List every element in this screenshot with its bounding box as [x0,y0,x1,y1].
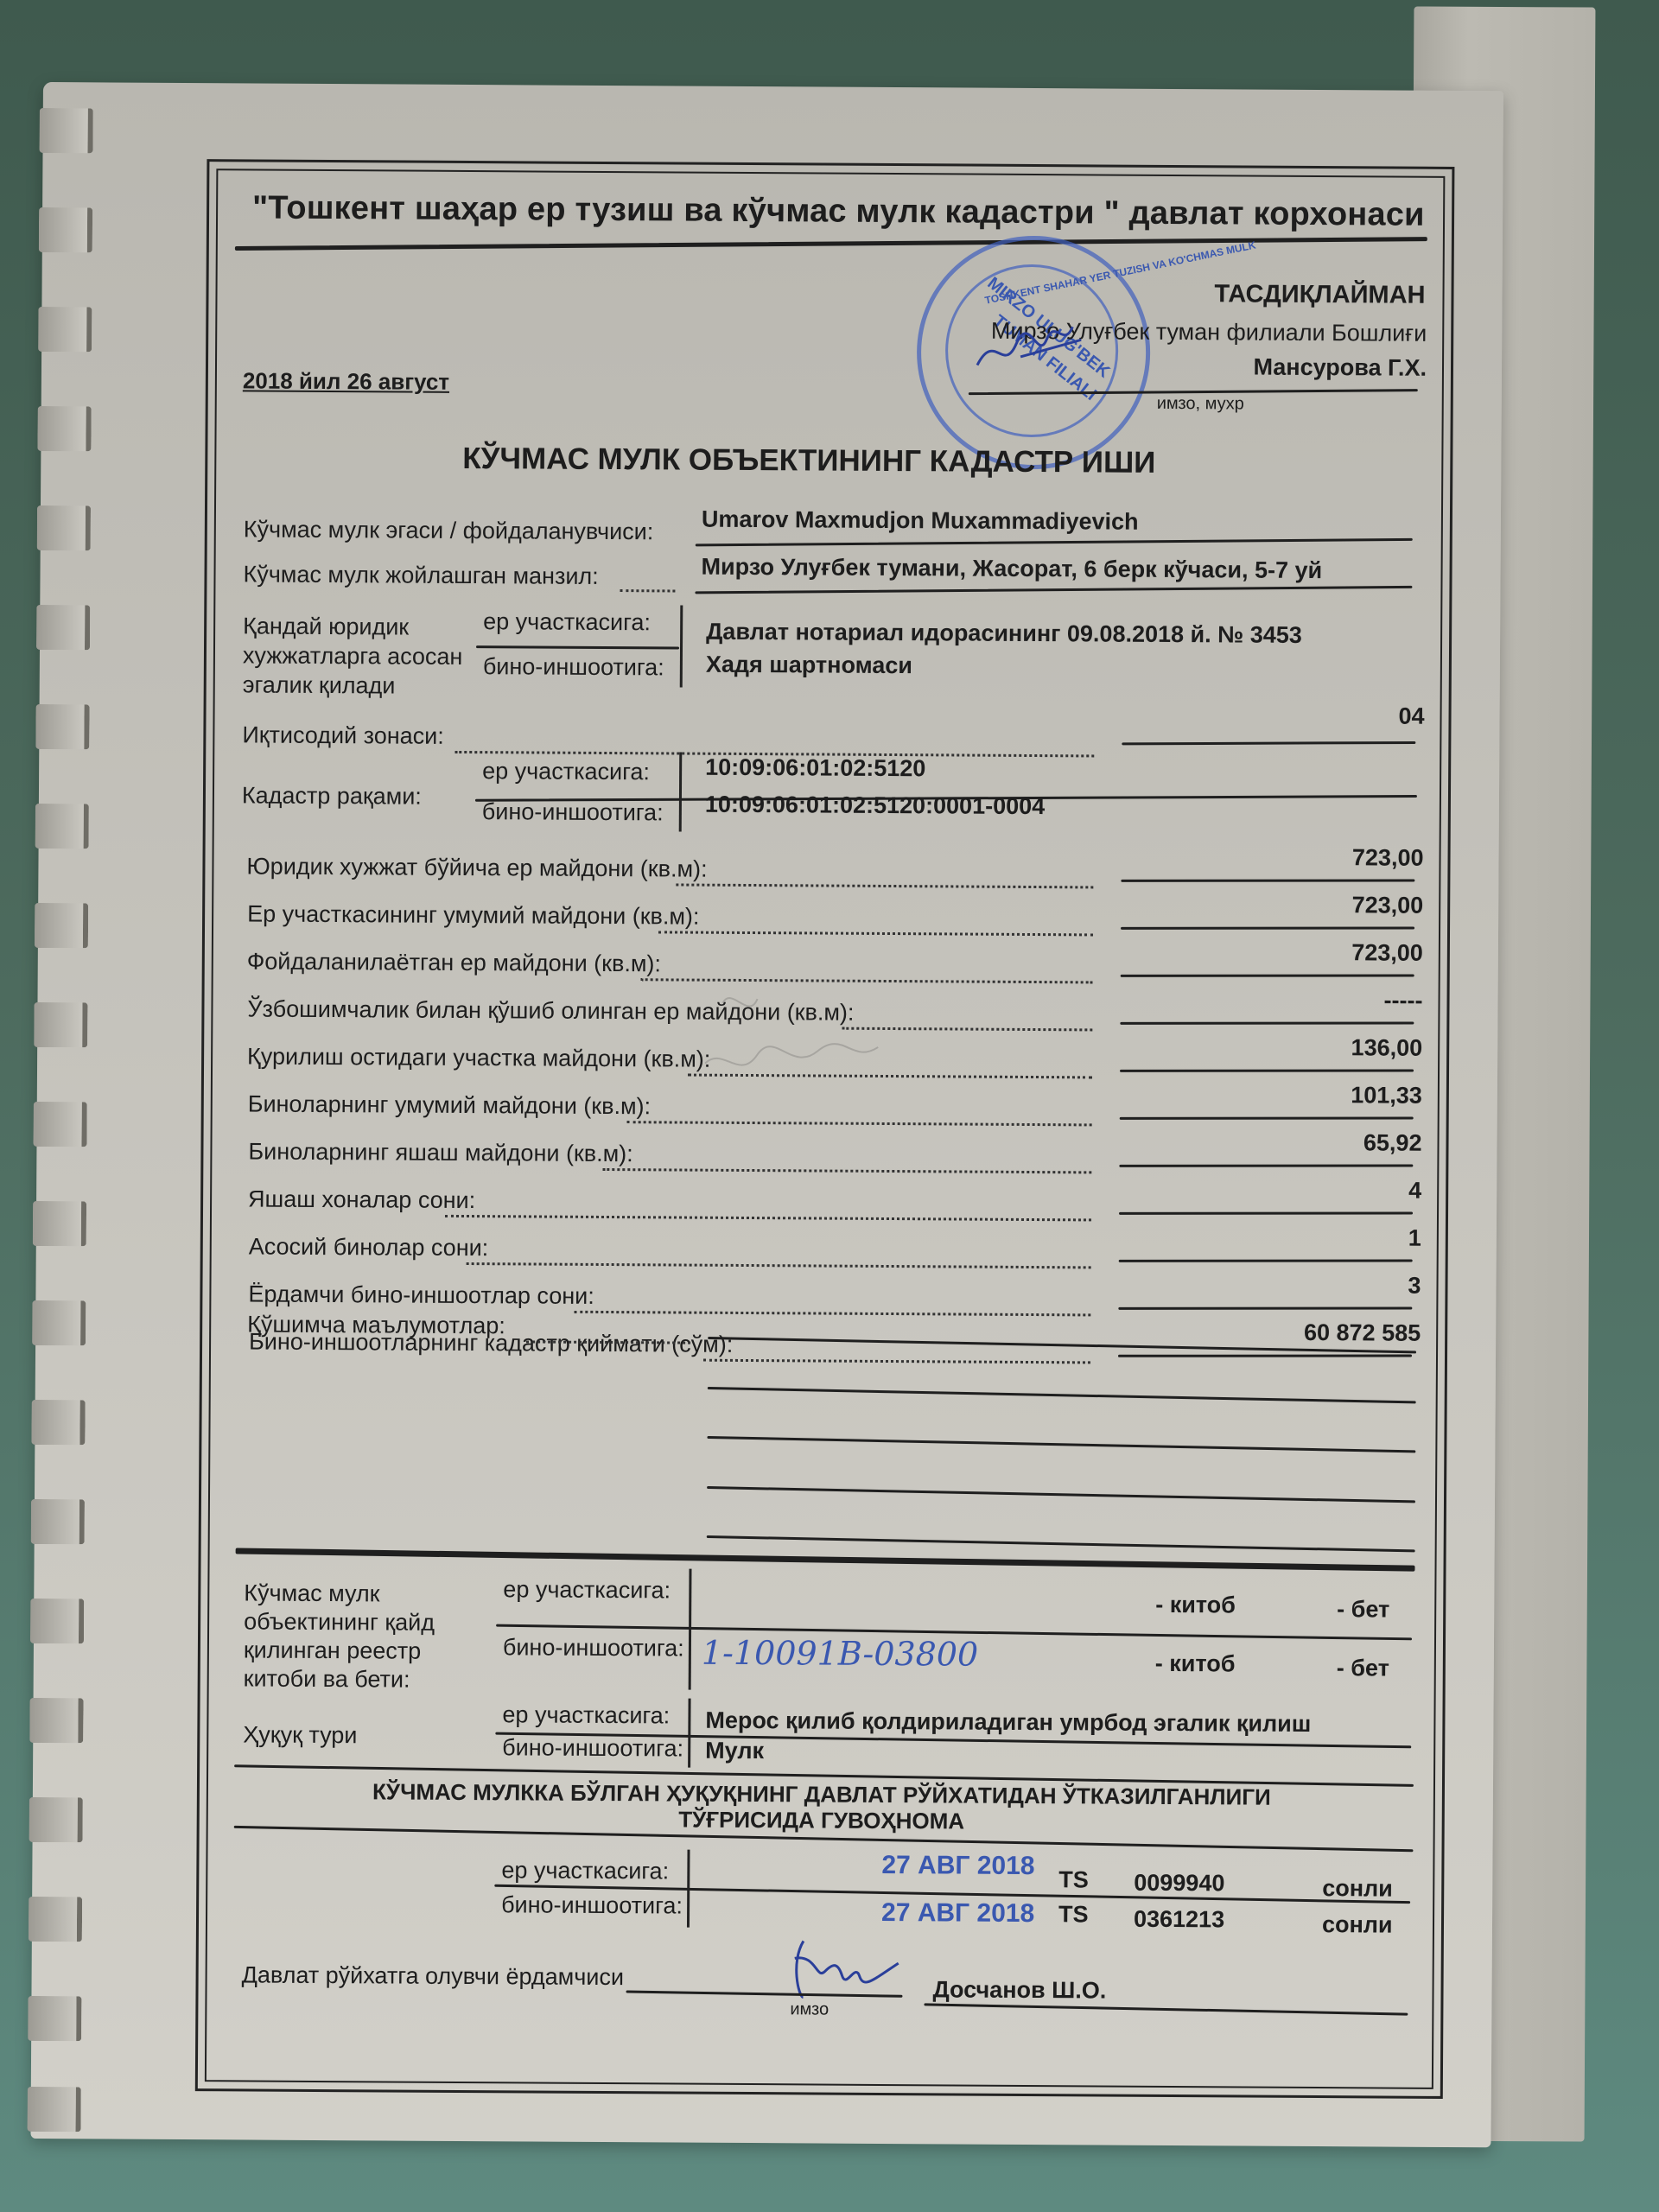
registry-land-label: ер участкасига: [503,1576,671,1604]
binding-ring [37,406,91,451]
binding-ring [29,1897,82,1942]
cadastre-fields: Юридик хужжат бўйича ер майдони (кв.м):7… [209,162,1452,169]
cadastre-divider [679,753,683,832]
field-label: Фойдаланилаётган ер майдони (кв.м): [247,948,661,977]
value-line [1119,1260,1413,1262]
right-type-land-label: ер участкасига: [502,1701,670,1729]
right-type-land-value: Мерос қилиб қолдириладиган умрбод эгалик… [705,1707,1311,1738]
cadastre-building-value: 10:09:06:01:02:5120:0001-0004 [705,791,1045,820]
registry-building-page: - бет [1337,1655,1389,1681]
certificate-land-number: 0099940 [1134,1870,1224,1897]
cadastre-land-label: ер участкасига: [482,758,650,785]
certificate-building-date-stamp: 27 АВГ 2018 [881,1898,1034,1929]
binding-ring [28,2087,81,2132]
binding-ring [36,605,90,650]
binding-ring [32,1300,86,1345]
certificate-land-suffix: сонли [1322,1875,1393,1902]
owner-label: Кўчмас мулк эгаси / фойдаланувчиси: [244,516,654,545]
value-line [1121,975,1414,977]
binding-ring [35,704,89,749]
certificate-land-date-stamp: 27 АВГ 2018 [881,1851,1034,1881]
field-label: Юридик хужжат бўйича ер майдони (кв.м): [246,853,707,882]
binding-ring [39,108,92,153]
pencil-scribble [688,969,931,1109]
legal-basis-divider [680,606,683,688]
legal-basis-label-line: эгалик қилади [243,670,467,701]
field-value: 723,00 [1352,844,1424,872]
field-value: 1 [1408,1225,1421,1252]
field-value: 101,33 [1351,1082,1422,1109]
additional-info-label: Қўшимча маълумотлар: [247,1311,505,1339]
registry-land-page: - бет [1337,1596,1389,1623]
document-page: "Тошкент шаҳар ер тузиш ва кўчмас мулк к… [30,82,1503,2147]
right-type-divider [688,1699,690,1768]
value-line [1121,880,1414,882]
right-type-label: Ҳуқуқ тури [243,1721,357,1749]
binding-ring [38,307,92,352]
signatory-name: Досчанов Ш.О. [932,1976,1106,2004]
binding-ring [37,505,91,550]
field-value: ----- [1383,987,1422,1014]
right-type-building-value: Мулк [705,1738,764,1764]
owner-value: Umarov Maxmudjon Muxammadiyevich [702,506,1139,536]
form-frame: "Тошкент шаҳар ер тузиш ва кўчмас мулк к… [195,159,1455,2099]
binding-ring [33,1102,86,1147]
certificate-building-series: TS [1058,1901,1089,1928]
certificate-building-number: 0361213 [1134,1906,1224,1934]
binding-ring [35,804,89,849]
organization-name: "Тошкент шаҳар ер тузиш ва кўчмас мулк к… [252,189,1425,233]
binding-ring [31,1499,85,1544]
binding-ring [35,903,88,948]
certificate-title: КЎЧМАС МУЛККА БЎЛГАН ҲУҚУҚНИНГ ДАВЛАТ РЎ… [243,1777,1401,1836]
registry-label: Кўчмас мулк объектининг қайд қилинган ре… [244,1579,435,1694]
value-line [1120,1022,1414,1025]
cadastre-land-value: 10:09:06:01:02:5120 [705,754,925,783]
value-line [1119,1212,1413,1215]
address-label: Кўчмас мулк жойлашган манзил: [243,561,598,590]
value-line [1118,1307,1412,1310]
legal-basis-label-line: хужжатларга асосан [243,640,467,671]
right-type-building-label: бино-иншоотига: [502,1734,683,1762]
certificate-divider [687,1850,690,1928]
legal-basis-label: Қандай юридик хужжатларга асосан эгалик … [243,611,468,701]
field-value: 723,00 [1351,939,1423,967]
field-value: 4 [1408,1178,1421,1205]
value-line [1119,1165,1413,1167]
dotted-leader [620,589,675,592]
cadastre-number-label: Кадастр рақами: [242,782,422,810]
registry-building-label: бино-иншоотига: [503,1634,684,1662]
value-line [1120,1117,1414,1120]
binding-ring [29,1797,83,1842]
field-label: Асосий бинолар сони: [249,1233,489,1262]
binding-ring [31,1400,85,1445]
binding-ring [29,1698,83,1743]
field-value: 3 [1408,1273,1421,1300]
field-label: Ёрдамчи бино-иншоотлар сони: [248,1281,594,1309]
registry-label-line: объектининг қайд [244,1607,435,1637]
registry-label-line: қилинган реестр [244,1636,435,1665]
value-line [1121,927,1414,930]
cadastre-building-label: бино-иншоотига: [482,798,664,826]
field-value: 60 872 585 [1304,1319,1421,1347]
legal-basis-label-line: Қандай юридик [243,611,467,642]
registry-label-line: китоби ва бети: [244,1664,435,1694]
field-value: 723,00 [1352,892,1424,919]
field-label: Биноларнинг яшаш майдони (кв.м): [248,1138,632,1167]
field-label: Биноларнинг умумий майдони (кв.м): [248,1090,651,1120]
field-label: Қурилиш остидаги участка майдони (кв.м): [247,1043,710,1072]
certificate-building-label: бино-иншоотига: [501,1891,683,1919]
approver-signature [969,314,1090,384]
field-value: 65,92 [1363,1129,1422,1156]
certificate-land-series: TS [1058,1866,1089,1893]
registry-label-line: Кўчмас мулк [244,1579,435,1608]
document-date: 2018 йил 26 август [243,367,449,395]
approver-sign-caption: имзо, мухр [1157,394,1244,415]
economic-zone-value: 04 [1398,703,1424,730]
approver-name: Мансурова Г.Х. [1253,354,1427,382]
address-value: Мирзо Улуғбек тумани, Жасорат, 6 берк кў… [701,554,1322,584]
registry-building-book: - китоб [1155,1650,1236,1678]
legal-basis-building-label: бино-иншоотига: [483,653,664,681]
document-title: КЎЧМАС МУЛК ОБЪЕКТИНИНГ КАДАСТР ИШИ [462,442,1155,480]
value-line [1118,1355,1412,1357]
binding-ring [30,1599,84,1643]
approval-heading: ТАСДИҚЛАЙМАН [1214,280,1425,309]
binding-ring [34,1002,87,1047]
certificate-building-suffix: сонли [1322,1911,1393,1938]
binding-ring [33,1201,86,1246]
binding-ring [28,1996,81,2041]
binding-ring [39,207,92,252]
registry-land-book: - китоб [1155,1592,1236,1619]
legal-basis-value-line1: Давлат нотариал идорасининг 09.08.2018 й… [706,619,1302,649]
legal-basis-land-label: ер участкасига: [483,608,651,636]
field-value: 136,00 [1351,1034,1423,1062]
value-line [1120,1070,1414,1072]
field-label: Яшаш хоналар сони: [248,1185,475,1214]
certificate-land-label: ер участкасига: [501,1857,669,1885]
legal-basis-value-line2: Хадя шартномаси [706,652,912,679]
field-label: Ер участкасининг умумий майдони (кв.м): [247,900,700,930]
registry-building-value: 1-10091B-03800 [702,1634,979,1674]
signatory-sign-caption: имзо [790,1999,829,2019]
economic-zone-label: Иқтисодий зонаси: [242,721,444,749]
signatory-label: Давлат рўйхатга олувчи ёрдамчиси [242,1961,625,1991]
